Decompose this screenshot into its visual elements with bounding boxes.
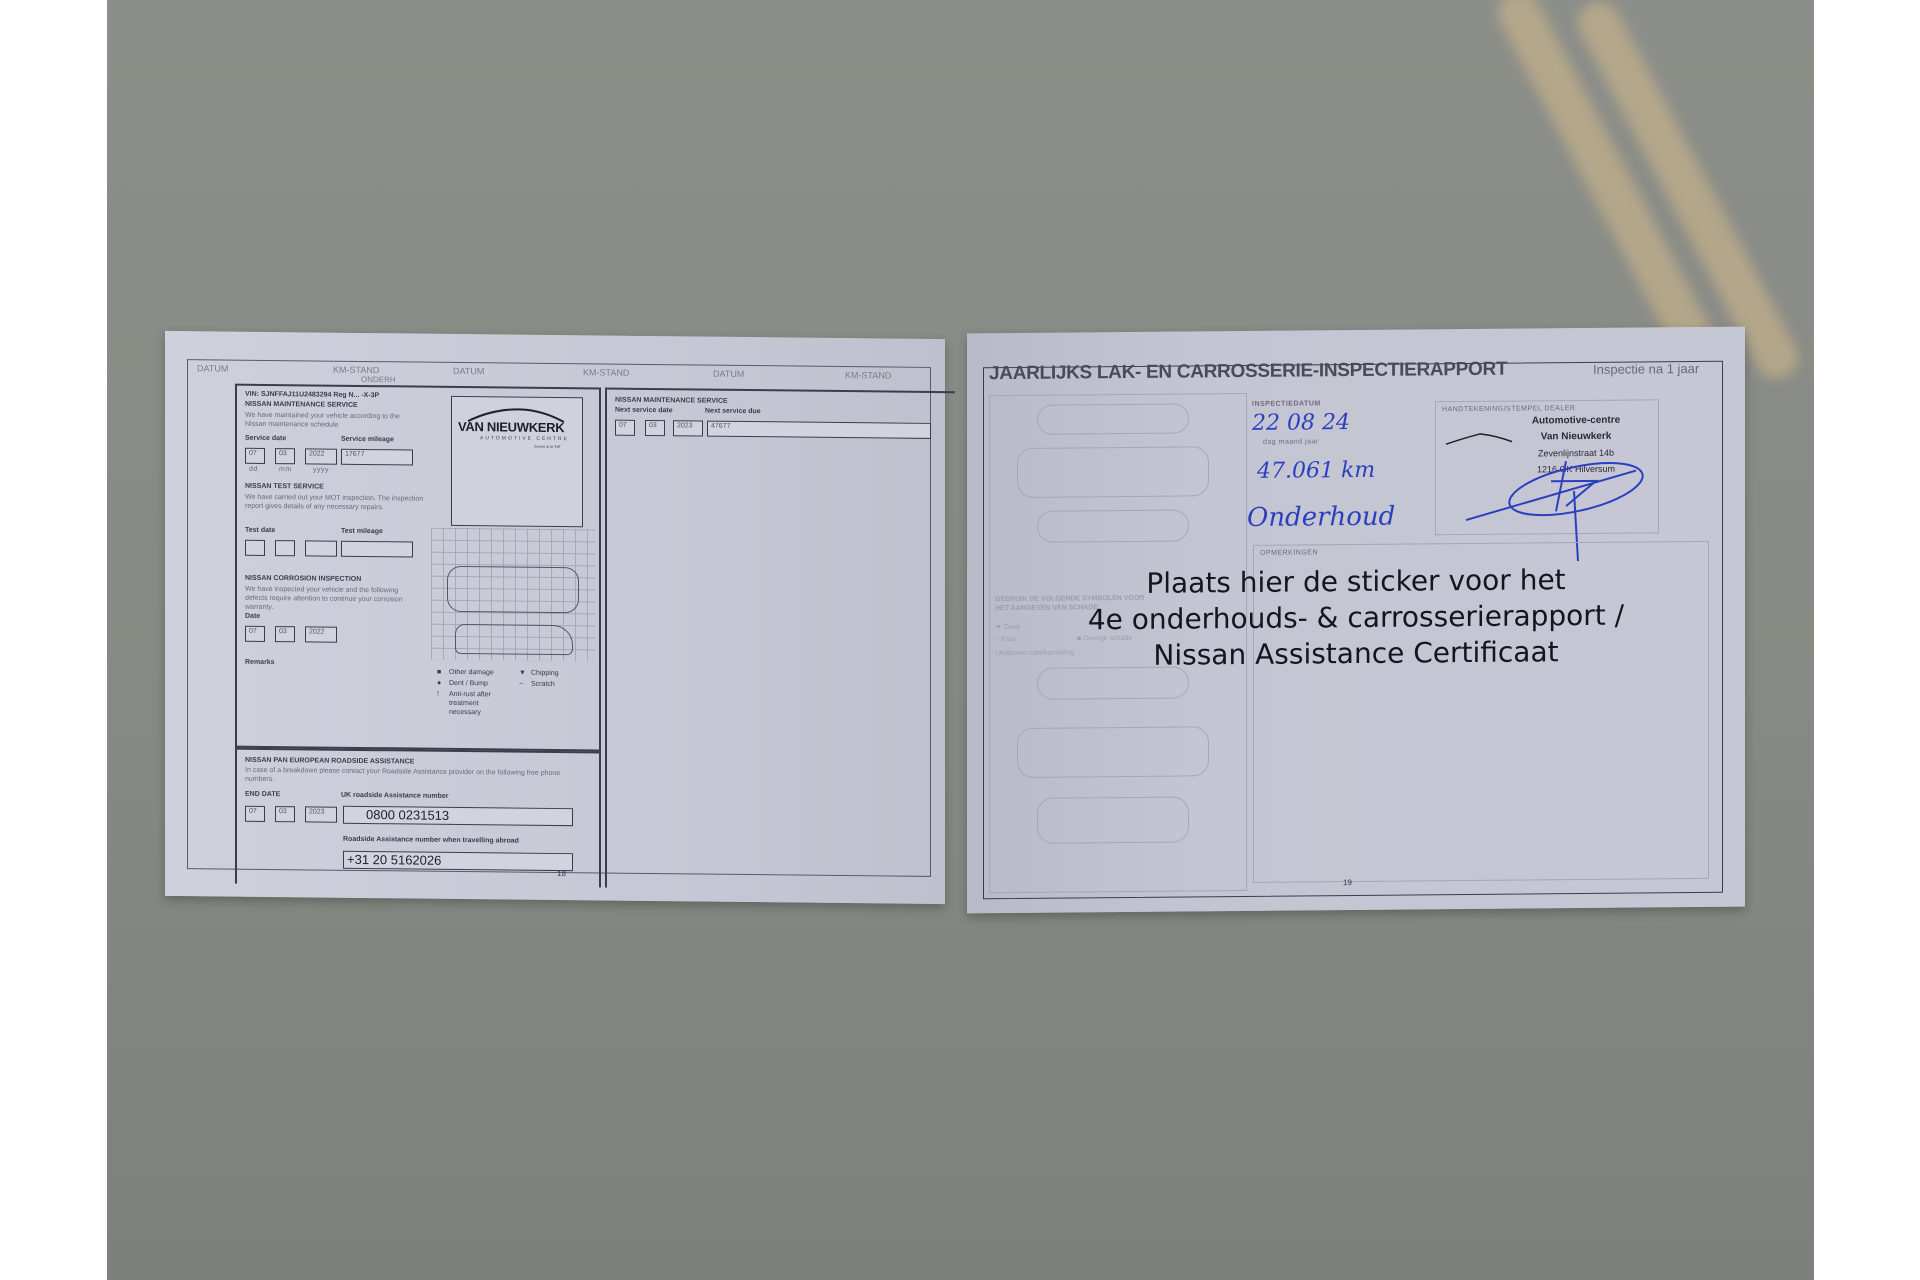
van-front-icon [1017, 726, 1209, 778]
corrosion-year-field[interactable]: 2022 [305, 626, 337, 642]
handwritten-mileage: 47.061 km [1257, 458, 1375, 484]
legend-symbol: ● [437, 679, 449, 688]
legend-symbol: ▼ [519, 669, 531, 678]
legend-label: Scratch [531, 680, 581, 690]
test-mileage-label: Test mileage [341, 527, 383, 536]
test-title: NISSAN TEST SERVICE [245, 482, 324, 492]
damage-legend: ■ Other damage ▼ Chipping ● Dent / Bump … [437, 668, 587, 719]
dd-label: dd [249, 466, 258, 473]
legend-label: Chipping [531, 669, 581, 679]
left-page: DATUM KM-STAND DATUM KM-STAND DATUM KM-S… [165, 331, 945, 904]
header-datum-1: DATUM [197, 363, 228, 373]
next-service-card: NISSAN MAINTENANCE SERVICE Next service … [605, 388, 955, 892]
corrosion-title: NISSAN CORROSION INSPECTION [245, 574, 361, 584]
header-km-2: KM-STAND [583, 367, 629, 377]
overlay-fragment: ONDERH [361, 375, 396, 384]
next-service-title: NISSAN MAINTENANCE SERVICE [615, 396, 728, 406]
maintenance-title: NISSAN MAINTENANCE SERVICE [245, 400, 358, 410]
header-km-3: KM-STAND [845, 370, 891, 380]
test-desc: We have carried out your MOT inspection.… [245, 493, 425, 513]
legend-symbol: ~ [519, 680, 531, 689]
header-datum-3: DATUM [713, 369, 744, 379]
next-day-field[interactable]: 07 [615, 420, 635, 436]
test-date-label: Test date [245, 526, 275, 535]
legend-label: Anti-rust after treatment necessary [449, 690, 499, 718]
vin-line: VIN: SJNFFAJ11U2483294 Reg N... -X-3P [245, 390, 379, 400]
right-page: JAARLIJKS LAK- EN CARROSSERIE-INSPECTIER… [967, 327, 1745, 914]
test-month-field[interactable] [275, 540, 295, 556]
uk-number-label: UK roadside Assistance number [341, 791, 449, 801]
page-number: 18 [557, 869, 566, 878]
maintenance-desc: We have maintained your vehicle accordin… [245, 411, 420, 431]
service-mileage-field[interactable]: 17677 [341, 449, 413, 466]
header-km-1: KM-STAND [333, 365, 379, 375]
legend-label: Dent / Bump [449, 679, 519, 689]
header-datum-2: DATUM [453, 366, 484, 376]
next-due-field[interactable]: 47677 [707, 421, 931, 439]
corrosion-month-field[interactable]: 03 [275, 626, 295, 642]
opmerkingen-label: OPMERKINGEN [1260, 549, 1318, 557]
roadside-title: NISSAN PAN EUROPEAN ROADSIDE ASSISTANCE [245, 756, 414, 767]
test-mileage-field[interactable] [341, 541, 413, 558]
remarks-label: Remarks [245, 658, 275, 667]
report-title: JAARLIJKS LAK- EN CARROSSERIE-INSPECTIER… [989, 359, 1507, 386]
dealer-tag: Zeven & in 'Hil' [534, 444, 560, 449]
end-date-label: END DATE [245, 790, 280, 799]
mm-label: mm [279, 466, 292, 473]
service-day-field[interactable]: 07 [245, 448, 265, 464]
car-front-icon [1017, 446, 1209, 498]
service-card: VIN: SJNFFAJ11U2483294 Reg N... -X-3P NI… [235, 384, 601, 752]
page-number: 19 [1343, 878, 1352, 887]
photo-background: DATUM KM-STAND DATUM KM-STAND DATUM KM-S… [107, 0, 1814, 1280]
dealer-name: VAN NIEUWKERK [458, 419, 564, 435]
car-side-icon [1037, 509, 1189, 542]
car-side-view-icon [455, 624, 573, 655]
corrosion-day-field[interactable]: 07 [245, 626, 265, 642]
uk-number-field[interactable]: 0800 0231513 [343, 806, 573, 826]
legend-symbol: ■ [437, 668, 449, 677]
legend-symbol: ! [437, 690, 449, 717]
end-day-field[interactable]: 07 [245, 806, 265, 822]
handwritten-date: 22 08 24 [1252, 410, 1350, 436]
service-date-label: Service date [245, 434, 286, 443]
yyyy-label: yyyy [313, 466, 329, 473]
dealer-sub: AUTOMOTIVE CENTRE [480, 435, 569, 442]
corrosion-desc: We have inspected your vehicle and the f… [245, 585, 420, 614]
next-month-field[interactable]: 03 [645, 420, 665, 436]
dealer-stamp-box: VAN NIEUWKERK AUTOMOTIVE CENTRE Zeven & … [451, 396, 583, 527]
date-hint: dag maand jaar [1263, 438, 1319, 445]
car-top-icon [1037, 403, 1189, 434]
dealer-stamp-area: HANDTEKENING/STEMPEL DEALER Automotive-c… [1435, 399, 1659, 535]
sticker-line-3: Nissan Assistance Certificaat [967, 633, 1745, 676]
next-year-field[interactable]: 2023 [673, 420, 703, 436]
service-year-field[interactable]: 2022 [305, 448, 337, 464]
test-year-field[interactable] [305, 540, 337, 556]
report-subtitle: Inspectie na 1 jaar [1593, 361, 1699, 377]
end-month-field[interactable]: 03 [275, 806, 295, 822]
van-side-icon [1037, 796, 1189, 843]
test-day-field[interactable] [245, 540, 265, 556]
next-service-due-label: Next service due [705, 407, 761, 417]
service-mileage-label: Service mileage [341, 435, 394, 445]
roadside-desc: In case of a breakdown please contact yo… [245, 766, 585, 788]
dealer-label: HANDTEKENING/STEMPEL DEALER [1442, 405, 1575, 413]
next-service-date-label: Next service date [615, 406, 673, 416]
handwritten-note: Onderhoud [1247, 502, 1395, 533]
end-year-field[interactable]: 2023 [305, 806, 337, 822]
corrosion-date-label: Date [245, 612, 260, 621]
inspectiedatum-label: INSPECTIEDATUM [1252, 400, 1321, 408]
car-top-view-icon [447, 566, 579, 613]
sticker-placeholder: Plaats hier de sticker voor het 4e onder… [967, 561, 1745, 676]
abroad-number-label: Roadside Assistance number when travelli… [343, 835, 519, 846]
roadside-card: NISSAN PAN EUROPEAN ROADSIDE ASSISTANCE … [235, 748, 601, 888]
car-roof-logo-icon [1444, 430, 1514, 447]
service-month-field[interactable]: 03 [275, 448, 295, 464]
abroad-number-field[interactable]: +31 20 5162026 [343, 851, 573, 871]
legend-label: Other damage [449, 668, 519, 678]
